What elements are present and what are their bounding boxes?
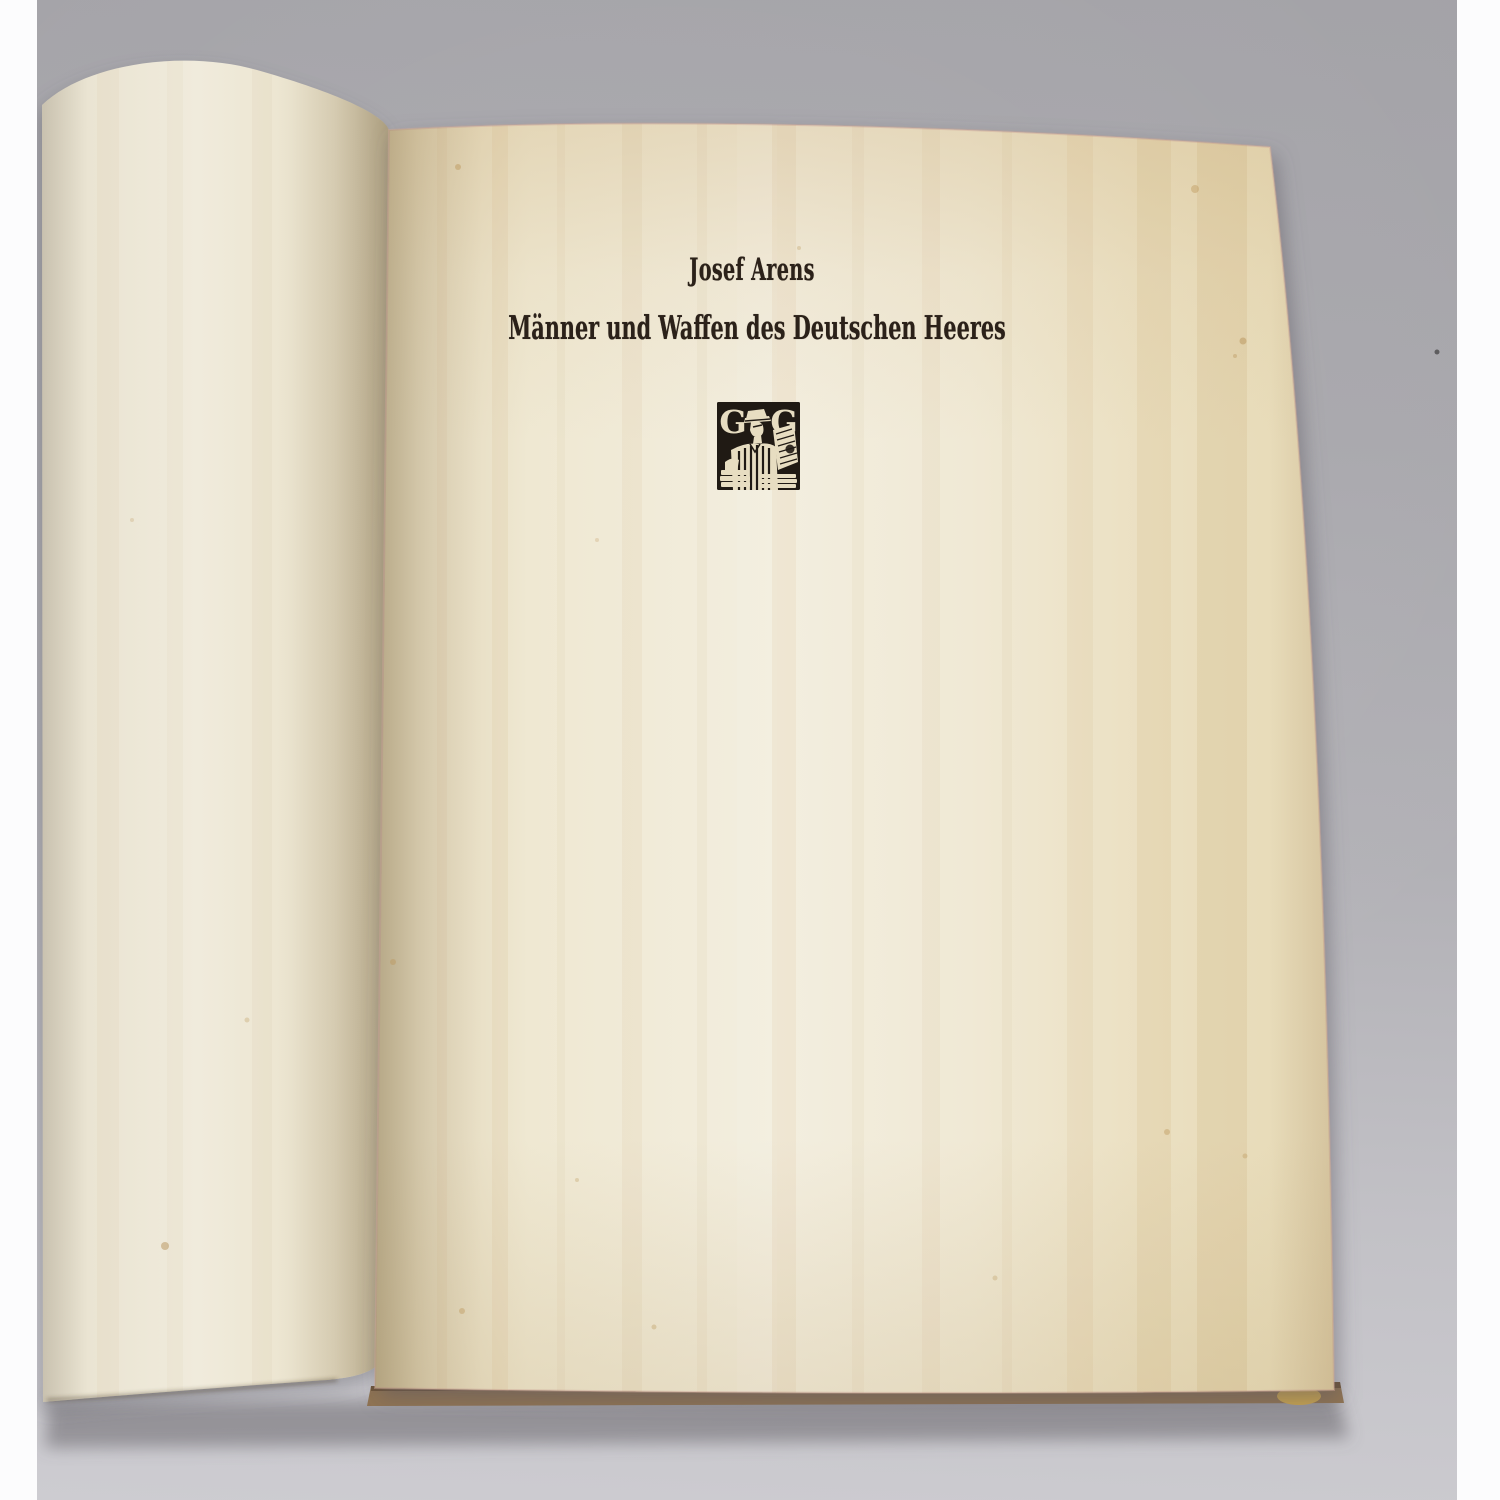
book-title-line: Männer und Waffen des Deutschen Heeres	[508, 308, 1006, 347]
backdrop-speck	[1435, 350, 1440, 355]
publisher-mark: G G	[717, 402, 800, 490]
publisher-mark-woodcut: G G	[717, 402, 800, 490]
author-line: Josef Arens	[689, 252, 814, 288]
publisher-mark-letter-left: G	[719, 403, 746, 441]
photo-backdrop: Josef Arens Männer und Waffen des Deutsc…	[37, 0, 1457, 1500]
photo-left-margin	[0, 0, 37, 1500]
photo-right-margin	[1457, 0, 1500, 1500]
open-book	[37, 0, 1457, 1500]
